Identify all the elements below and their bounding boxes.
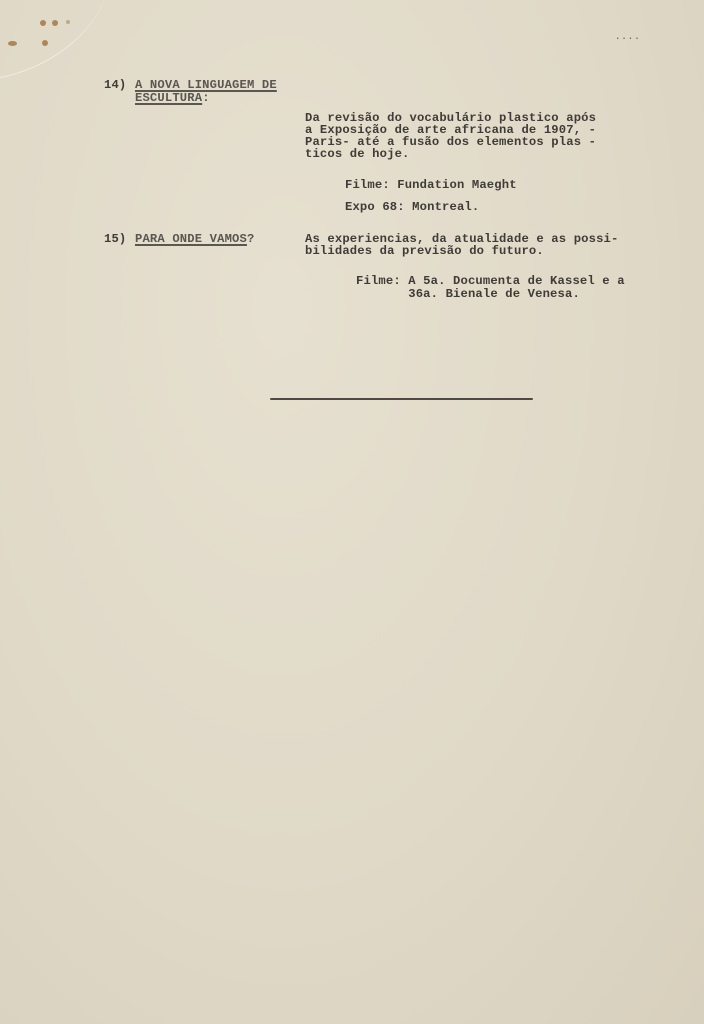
item-14-heading-line2: ESCULTURA: — [135, 92, 210, 105]
rust-stain — [8, 41, 17, 46]
item-15-heading: PARA ONDE VAMOS? — [135, 233, 254, 246]
rust-stain — [66, 20, 70, 24]
page-number-mark: ···· — [615, 34, 641, 44]
item-14-description-line: ticos de hoje. — [305, 148, 410, 161]
document-page: ···· 14) A NOVA LINGUAGEM DE ESCULTURA: … — [0, 0, 704, 1024]
item-15-note: 36a. Bienale de Venesa. — [356, 288, 580, 301]
rust-stain — [52, 20, 58, 26]
item-14-heading-suffix: : — [202, 91, 209, 105]
item-15-description-line: bilidades da previsão do futuro. — [305, 245, 544, 258]
item-15-heading-text: PARA ONDE VAMOS — [135, 232, 247, 246]
item-15-heading-suffix: ? — [247, 232, 254, 246]
rust-stain — [40, 20, 46, 26]
item-14-number: 14) — [104, 79, 126, 92]
item-14-heading-line2-text: ESCULTURA — [135, 91, 202, 105]
item-14-note: Filme: Fundation Maeght — [345, 179, 517, 192]
section-divider-line — [270, 398, 533, 400]
rust-stain — [42, 40, 48, 46]
paper-crease — [0, 0, 127, 80]
item-14-note: Expo 68: Montreal. — [345, 201, 479, 214]
item-15-number: 15) — [104, 233, 126, 246]
